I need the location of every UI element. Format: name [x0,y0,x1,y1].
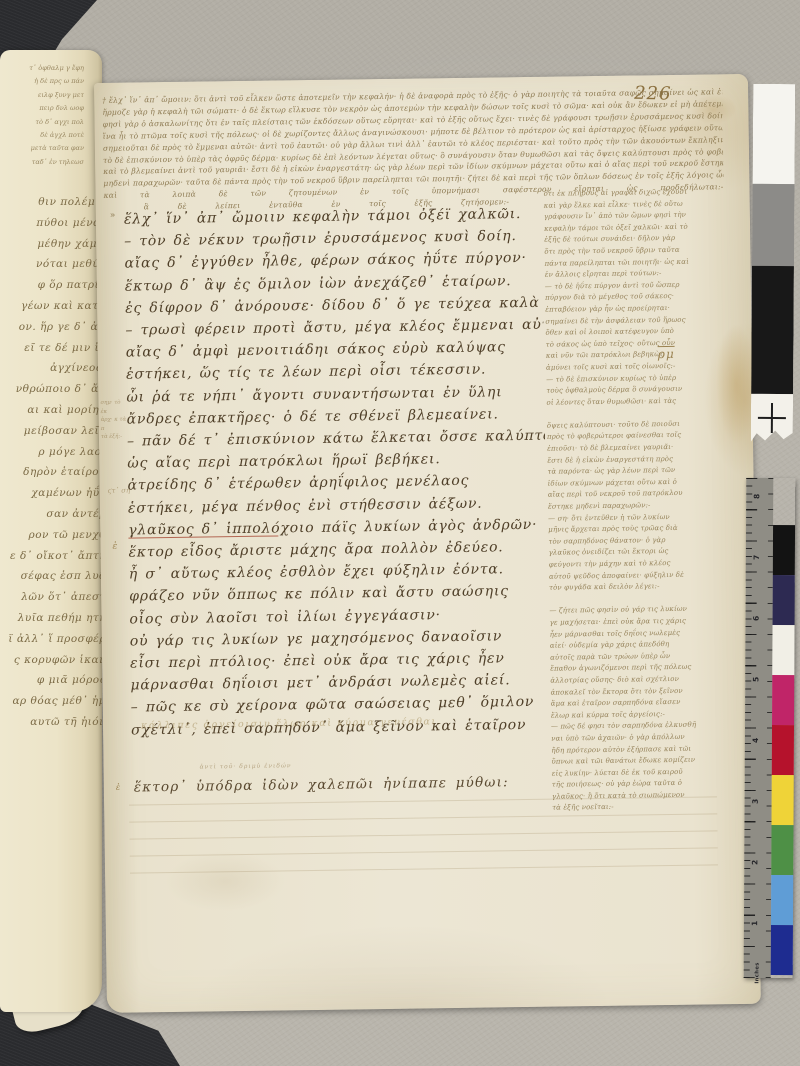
color-patch-green [771,825,793,875]
scholia-line-end: μετὰ ταῦτα φαν [0,142,84,155]
ruler-number: 6 [752,616,761,621]
quire-mark: ρμ [658,347,675,361]
marginal-letter: ἑ [116,783,120,792]
color-patch-navy [773,575,795,625]
grayscale-gray-patch [752,184,795,266]
ruler-number: 2 [750,860,759,865]
verse-line-end: φ μιᾶ μόρος [0,670,102,691]
verse-line-end: σαν ἀντέρ [0,504,102,525]
color-patch-black [773,525,795,575]
verse-line-end: ς κορυφῶν ἱκαν [0,650,102,671]
supplied-verse-line: ἕκτορ᾽ ὑπόδρα ἰδὼν χαλεπῶι ἠνίπαπε μύθωι… [134,774,509,795]
manuscript-page: 226 † ἕλχ᾽ ἵν᾽ ἀπ᾽ ὤμοιιν: ὅτι ἀντὶ τοῦ … [94,74,761,1013]
verse-line-end: νόται μεθύη [0,254,102,275]
photographic-scale-card: 87654321 Inches [744,478,796,978]
verse-line-end: νθρώποιο δ᾽ ἄμ [0,379,102,400]
verse-line-end: αι καὶ μορίην [0,400,102,421]
inch-ruler: 87654321 Inches [744,478,774,978]
color-patch-red [772,725,794,775]
color-patch-white [772,625,794,675]
margin-note: σημ· τὸ ἐκἀρχ· κ τὰ πτὰ ἑξῆ:- [100,399,127,442]
right-scholia-column: ὅτι ἐκ πλήρους αἱ γραφαὶ διχῶς ἔχουσικαὶ… [544,186,723,814]
verse-line-end: δηρὸν ἑταίρου [0,462,102,483]
scholia-line-end: ειλφ ξυνγ μετ [0,89,84,102]
verse-line-end: λῶν ὅτ᾽ ἀπεστ [0,587,102,608]
crosshair-icon [771,403,773,433]
ruler-number: 8 [752,494,761,499]
verse-line-end: θιν πολέμιζ [0,192,102,213]
color-patch-skyblue [771,875,793,925]
color-patch-yellow [771,775,793,825]
ruler-number: 1 [750,921,759,926]
scholia-line-end: ταδ᾽ ἐν τηλεωσ [0,156,84,169]
verse-line-end: ρον τῶ μενχθ [0,525,102,546]
ruling-line [130,847,718,856]
blank-ruled-lines [129,796,718,889]
ruling-line [129,813,717,822]
verse-line-end: γέων καὶ κατὰ [0,296,102,317]
parchment-stain [715,324,757,445]
verse-line-end: ἀγχίνεος. [0,358,102,379]
color-calibration-patches [771,525,795,975]
verse-line-end: ε δ᾽ οἴκοτ᾽ ἄπτη [0,546,102,567]
ruler-number: 5 [751,677,760,682]
margin-note-line: ἀρχ· κ τὰ π [101,416,127,433]
grayscale-black-patch [751,266,794,394]
scholia-line-end: ἡ δὲ πρς ω πάν [0,75,84,88]
grayscale-target-patch [751,394,793,442]
scholia-line-end: πειρ δνλ ωοφ [0,102,84,115]
interlinear-gloss: ἀντὶ τοῦ· δριμὺ ἐνιδών [200,762,292,770]
previous-folio-edge: τ᾽ ὀφθαλμ γ ἔφηἡ δὲ πρς ω πάνειλφ ξυνγ μ… [0,50,102,1012]
verse-line-end: ον. ἥρ γε δ᾽ ἀφ [0,317,102,338]
ruler-number: 3 [751,799,760,804]
verse-line-end: μέθην χάμω [0,234,102,255]
marginal-letter: ἑ [112,542,117,552]
marginal-guide-mark: » [110,211,116,221]
scholia-line-end: τὸ δ᾽ αγχι πολ [0,116,84,129]
iliad-text-block: ἕλχ᾽ ἵν᾽ ἀπ᾽ ὤμοιιν κεφαλὴν τάμοι ὀξέϊ χ… [124,203,549,742]
scholia-line-end: δὲ ἀγχλ ποτὲ [0,129,84,142]
previous-folio-scholia: τ᾽ ὀφθαλμ γ ἔφηἡ δὲ πρς ω πάνειλφ ξυνγ μ… [0,62,84,169]
verse-line-end: χαμένων ἠΰς [0,483,102,504]
margin-note-line: τὰ ἑξῆ:- [101,433,127,442]
verse-line-end: εῖ τε δέ μιν ἰδ [0,338,102,359]
color-patch-magenta [772,675,794,725]
verse-line-end: αρ θόας μέθ᾽ ἡμ [0,691,102,712]
verse-line-end: ϊ ἀλλ᾽ ἵ προσφέρ [0,629,102,650]
verse-line-end: σέφας ἑσπ λυδ [0,566,102,587]
ruler-numbers: 87654321 [752,492,760,928]
verse-line-end: αυτῶ τῆ ἠιόν [0,712,102,733]
verse-line-end: πύθοι μένω. [0,213,102,234]
verse-line-end: μείβοσαν λεῖν [0,421,102,442]
previous-folio-line-ends: θιν πολέμιζπύθοι μένω.μέθην χάμωνόται με… [0,192,102,733]
ruler-number: 4 [751,738,760,743]
verse-line-end: ρ μόγε λαοῖ [0,442,102,463]
ruling-line [130,864,718,873]
ruler-unit-label: Inches [754,962,760,983]
ruler-number: 7 [752,555,761,560]
manuscript-photograph: τ᾽ ὀφθαλμ γ ἔφηἡ δὲ πρς ω πάνειλφ ξυνγ μ… [0,0,800,1066]
scholia-line-end: τ᾽ ὀφθαλμ γ ἔφη [0,62,84,75]
grayscale-calibration-strip [751,84,795,442]
margin-squiggle: ϛτ᾽ ση [108,487,131,495]
margin-note-line: σημ· τὸ ἐκ [100,399,126,416]
verse-line-end: φ ὅρ πατρίδ [0,275,102,296]
color-patch-blue [771,925,793,975]
verse-line-end: λυῖα πεθήμ ητη [0,608,102,629]
grayscale-white-patch [753,84,796,184]
ruling-line [130,830,718,839]
ruling-line [129,796,717,805]
